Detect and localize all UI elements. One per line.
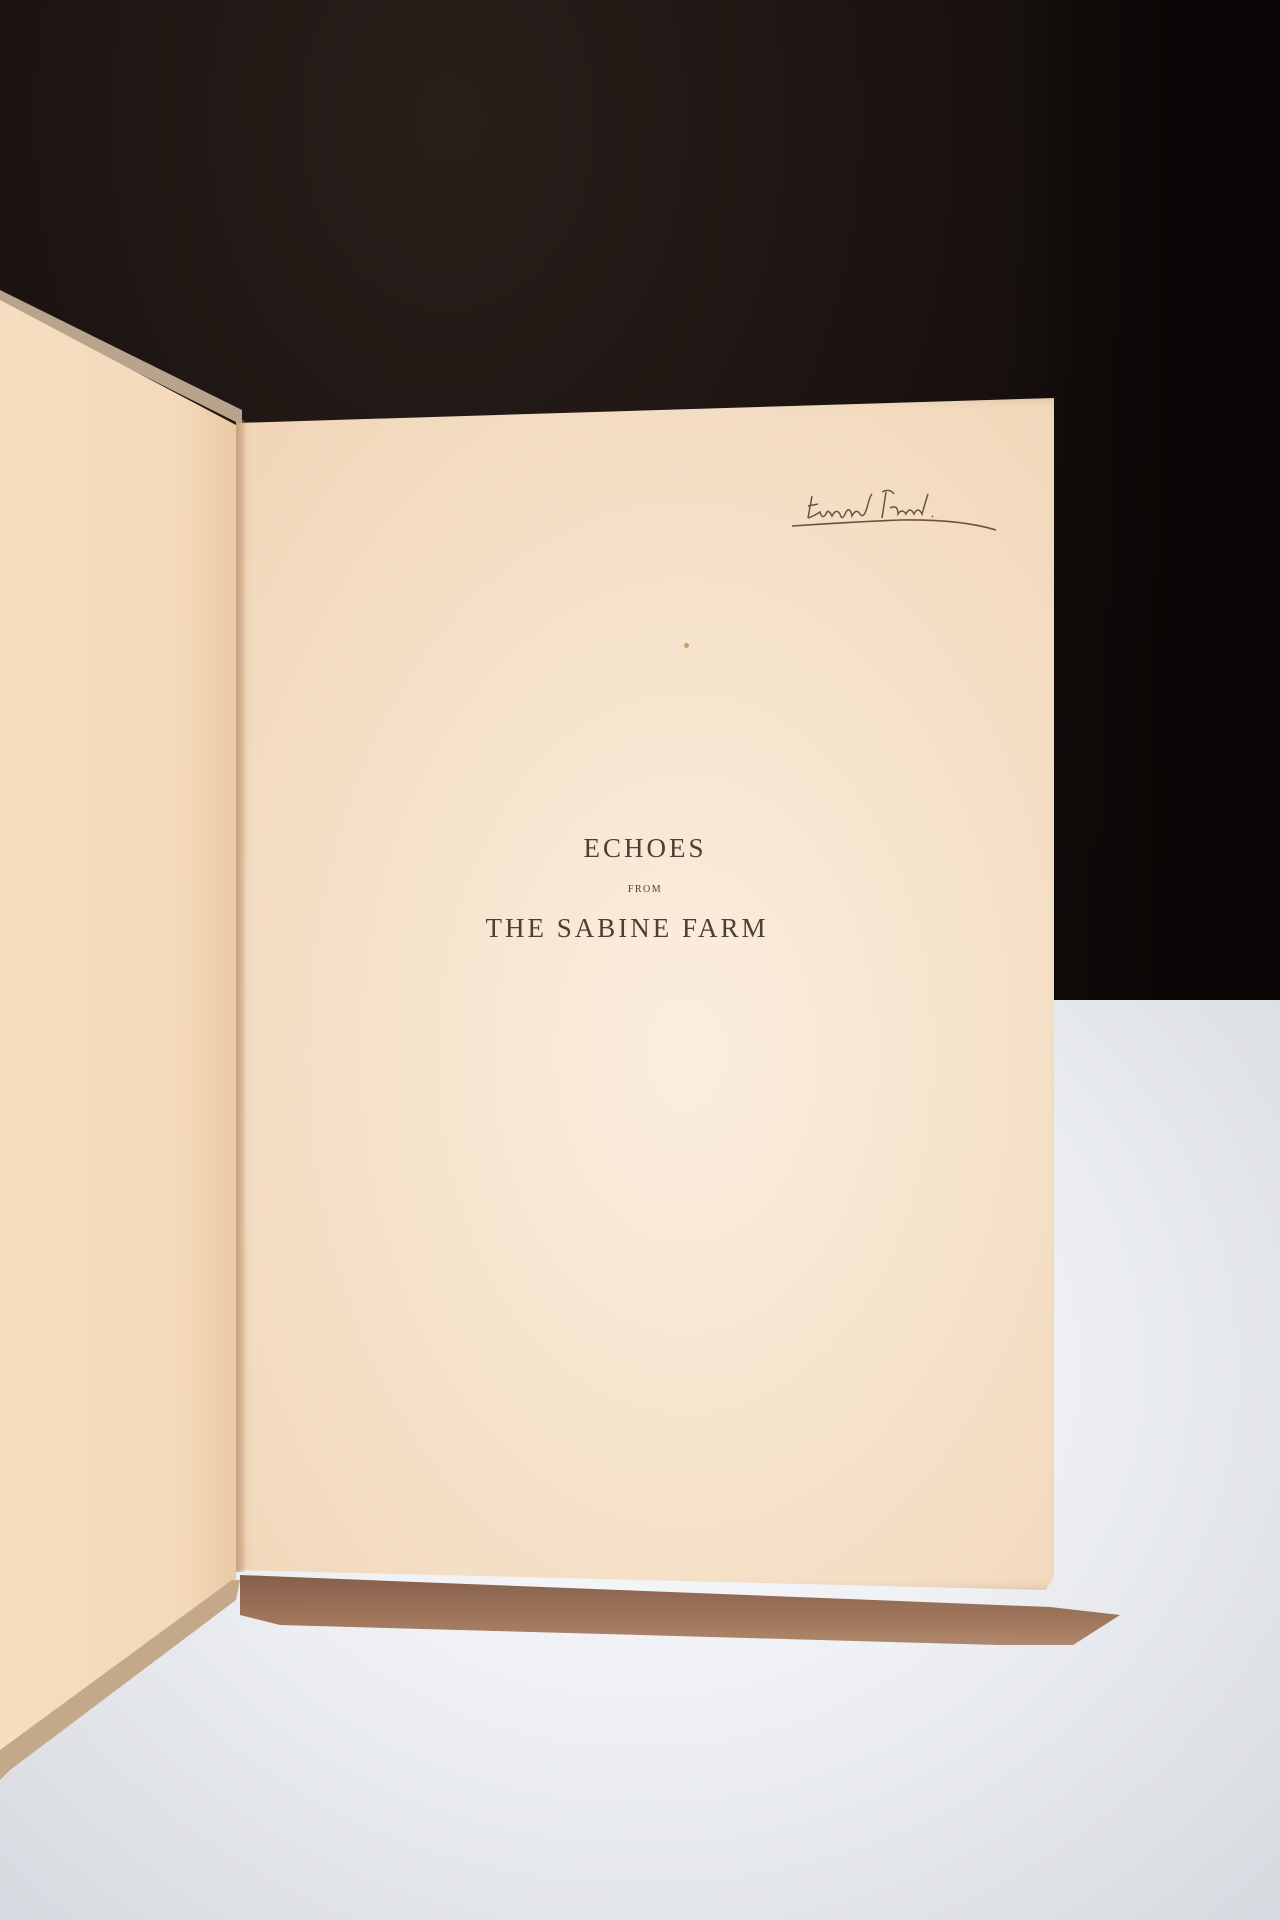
foxing-spot — [684, 643, 689, 648]
signature-icon — [790, 486, 1000, 542]
title-line-sabine-farm: THE SABINE FARM — [200, 912, 1054, 944]
author-signature: Eugene Field. — [790, 486, 1000, 542]
book-gutter — [236, 420, 246, 1572]
title-line-echoes: ECHOES — [236, 832, 1054, 864]
title-page — [236, 398, 1054, 1590]
left-endpaper — [0, 300, 240, 1750]
title-line-from: FROM — [236, 884, 1054, 896]
title-block: ECHOES FROM THE SABINE FARM — [236, 832, 1054, 944]
